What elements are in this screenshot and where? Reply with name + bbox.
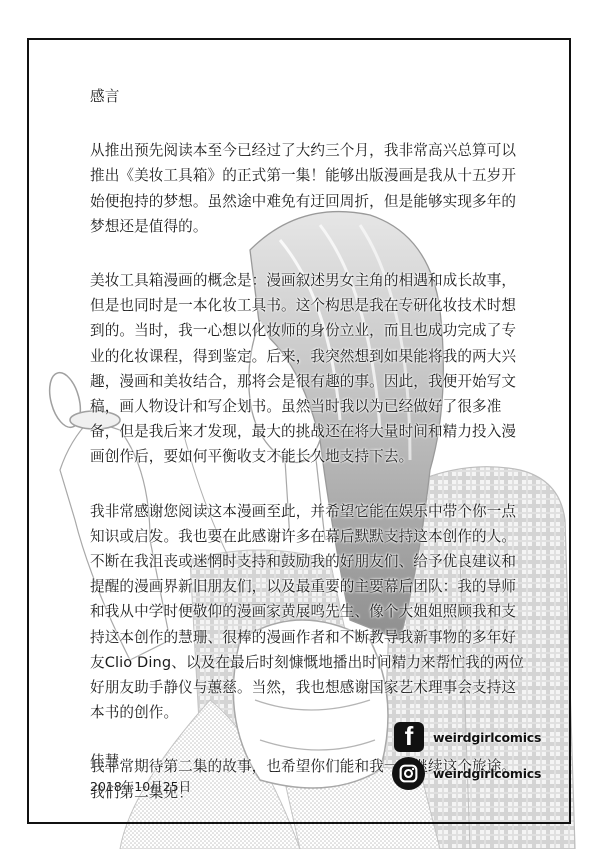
page-title: 感言 bbox=[90, 84, 530, 109]
paragraph-thanks: 我非常感谢您阅读这本漫画至此，并希望它能在娱乐中带个你一点知识或启发。我也要在此… bbox=[90, 499, 530, 726]
instagram-link[interactable]: weirdgirlcomics bbox=[394, 756, 541, 790]
signature-date: 2018年10月25日 bbox=[90, 775, 191, 798]
facebook-handle[interactable]: weirdgirlcomics bbox=[433, 730, 541, 745]
facebook-link[interactable]: f weirdgirlcomics bbox=[394, 720, 541, 754]
author-name: 佳慧 bbox=[90, 750, 191, 773]
facebook-icon: f bbox=[394, 722, 424, 752]
instagram-icon bbox=[392, 757, 425, 790]
paragraph-intro: 从推出预先阅读本至今已经过了大约三个月，我非常高兴总算可以推出《美妆工具箱》的正… bbox=[90, 138, 530, 239]
paragraph-concept: 美妆工具箱漫画的概念是：漫画叙述男女主角的相遇和成长故事，但是也同时是一本化妆工… bbox=[90, 268, 530, 470]
instagram-handle[interactable]: weirdgirlcomics bbox=[433, 766, 541, 781]
social-links: f weirdgirlcomics weirdgirlcomics bbox=[394, 720, 541, 792]
signature-block: 佳慧 2018年10月25日 bbox=[90, 750, 191, 798]
